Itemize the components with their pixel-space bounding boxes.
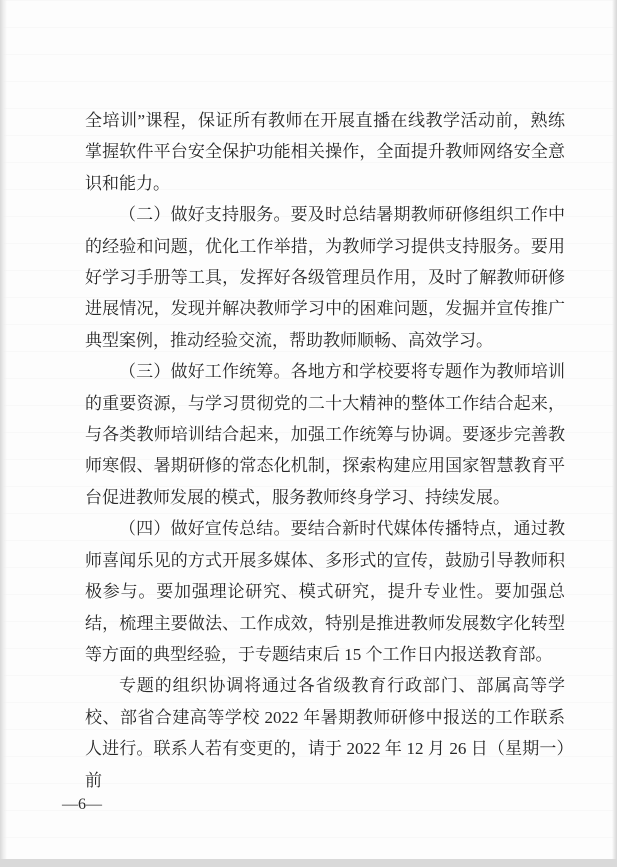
paragraph-section-3-work-coordination: （三）做好工作统筹。各地方和学校要将专题作为教师培训的重要资源，与学习贯彻党的二… <box>85 356 565 513</box>
paragraph-section-2-support-services: （二）做好支持服务。要及时总结暑期教师研修组织工作中的经验和问题，优化工作举措，… <box>85 199 565 356</box>
scan-edge-right <box>612 0 617 867</box>
document-body: 全培训”课程，保证所有教师在开展直播在线教学活动前，熟练掌握软件平台安全保护功能… <box>85 105 565 796</box>
scan-edge-left <box>0 0 7 867</box>
page-number: —6— <box>62 796 102 814</box>
paragraph-section-4-publicity-summary: （四）做好宣传总结。要结合新时代媒体传播特点，通过教师喜闻乐见的方式开展多媒体、… <box>85 513 565 670</box>
document-page: 全培训”课程，保证所有教师在开展直播在线教学活动前，熟练掌握软件平台安全保护功能… <box>0 0 617 867</box>
paragraph-continuation-security-training: 全培训”课程，保证所有教师在开展直播在线教学活动前，熟练掌握软件平台安全保护功能… <box>85 105 565 199</box>
paragraph-contact-coordination: 专题的组织协调将通过各省级教育行政部门、部属高等学校、部省合建高等学校 2022… <box>85 670 565 796</box>
scan-edge-bottom <box>0 859 617 867</box>
